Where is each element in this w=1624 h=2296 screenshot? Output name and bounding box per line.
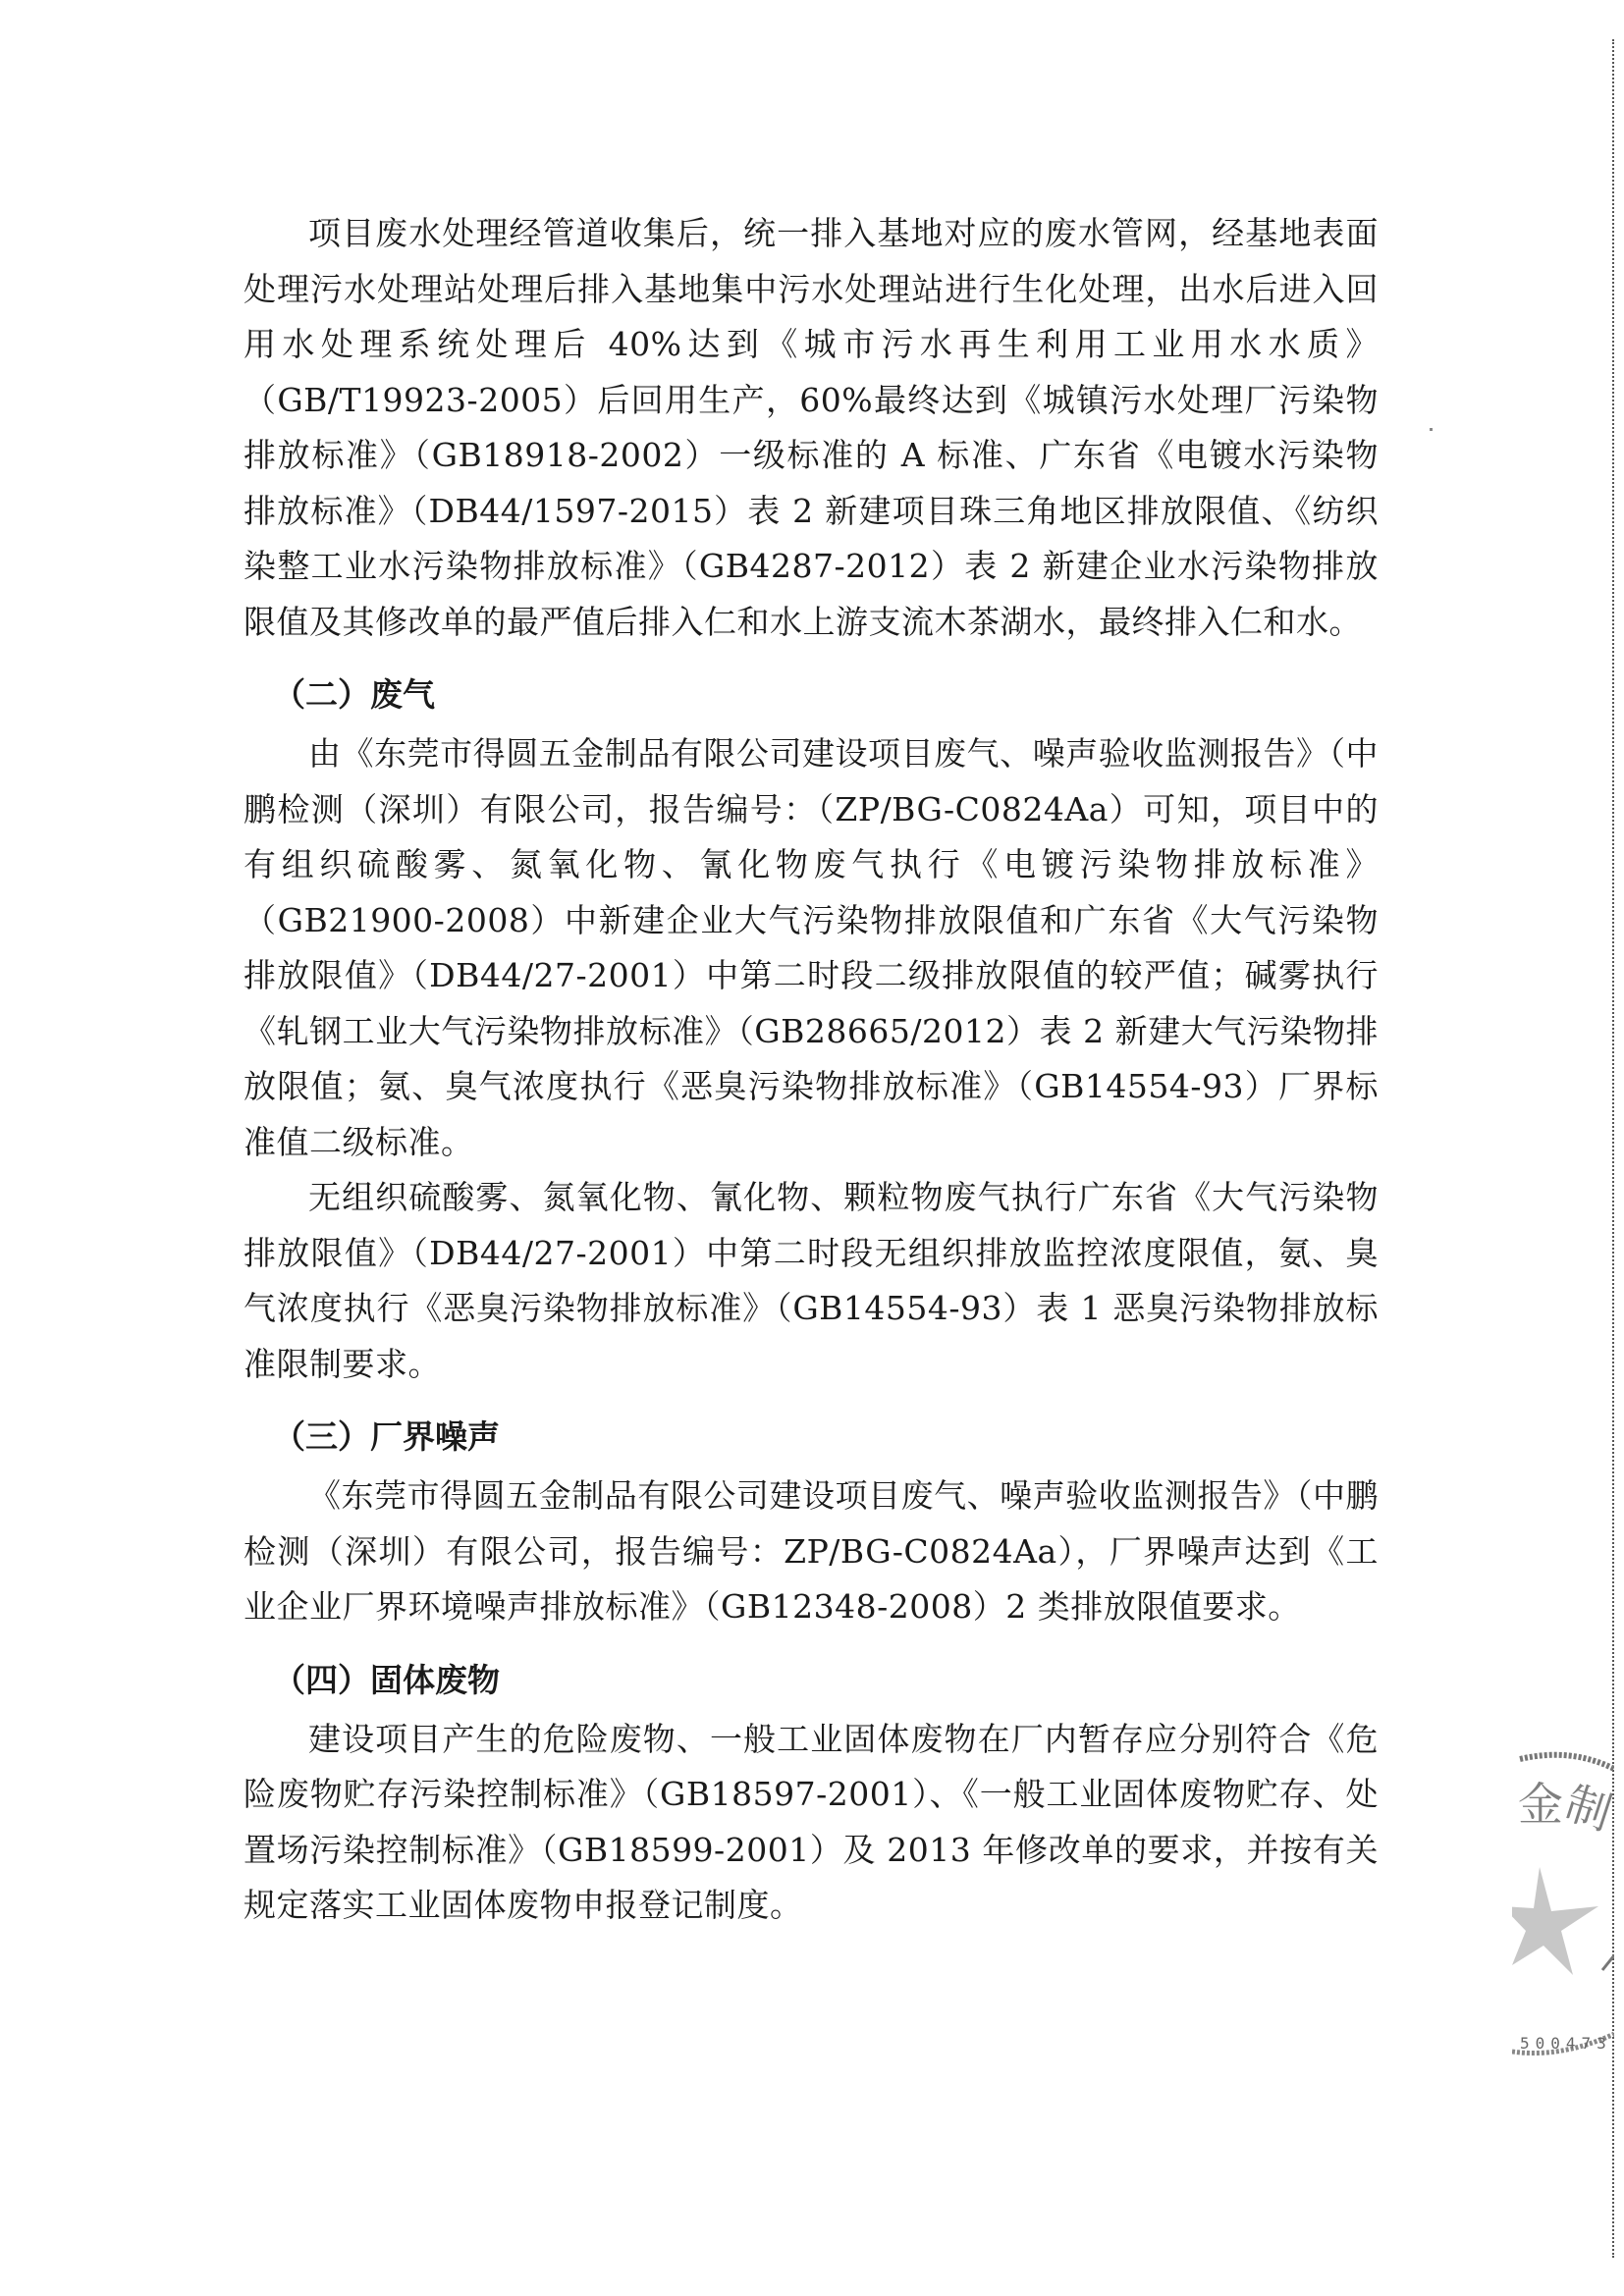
seal-char: 金	[1518, 1769, 1563, 1834]
heading-solid-waste: （四）固体废物	[244, 1653, 1379, 1708]
seal-digits: 500473	[1520, 2034, 1612, 2053]
paragraph-unorganized-gas: 无组织硫酸雾、氮氧化物、氰化物、颗粒物废气执行广东省《大气污染物排放限值》（DB…	[244, 1170, 1379, 1392]
paragraph-noise: 《东莞市得圆五金制品有限公司建设项目废气、噪声验收监测报告》（中鹏检测（深圳）有…	[244, 1468, 1379, 1635]
paragraph-solid-waste: 建设项目产生的危险废物、一般工业固体废物在厂内暂存应分别符合《危险废物贮存污染控…	[244, 1712, 1379, 1934]
document-body: 项目废水处理经管道收集后，统一排入基地对应的废水管网，经基地表面处理污水处理站处…	[244, 206, 1379, 1934]
company-seal-stamp: 金 制 500473	[1512, 1739, 1614, 2073]
paragraph-wastewater: 项目废水处理经管道收集后，统一排入基地对应的废水管网，经基地表面处理污水处理站处…	[244, 206, 1379, 650]
heading-boundary-noise: （三）厂界噪声	[244, 1410, 1379, 1465]
paragraph-organized-gas: 由《东莞市得圆五金制品有限公司建设项目废气、噪声验收监测报告》（中鹏检测（深圳）…	[244, 726, 1379, 1170]
document-page: 项目废水处理经管道收集后，统一排入基地对应的废水管网，经基地表面处理污水处理站处…	[0, 0, 1624, 2296]
scan-speck	[1430, 428, 1433, 431]
heading-waste-gas: （二）废气	[244, 667, 1379, 722]
